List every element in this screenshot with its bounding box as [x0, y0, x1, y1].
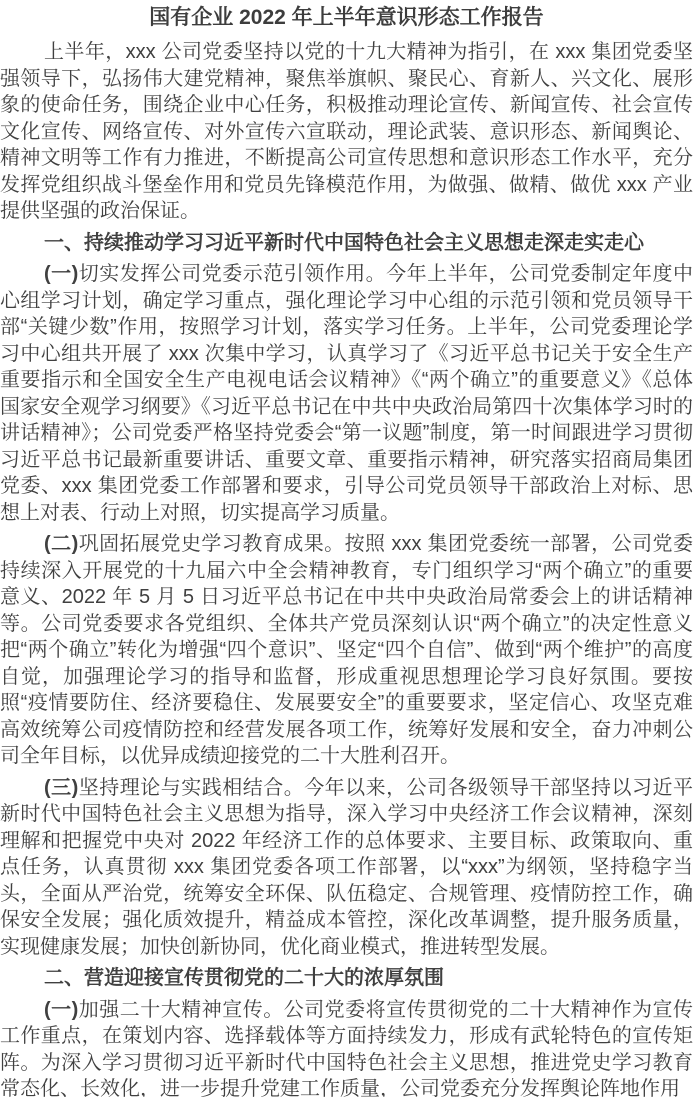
- section-1-item-2-text: 巩固拓展党史学习教育成果。按照 xxx 集团党委统一部署，公司党委持续深入开展党…: [0, 533, 693, 767]
- document-page: 国有企业 2022 年上半年意识形态工作报告 上半年，xxx 公司党委坚持以党的…: [0, 0, 693, 1097]
- section-1-heading: 一、持续推动学习习近平新时代中国特色社会主义思想走深走实走心: [0, 230, 693, 257]
- section-1-item-1: (一)切实发挥公司党委示范引领作用。今年上半年，公司党委制定年度中心组学习计划，…: [0, 261, 693, 526]
- item-marker-1-1: (一): [44, 263, 78, 285]
- section-1-item-1-text: 切实发挥公司党委示范引领作用。今年上半年，公司党委制定年度中心组学习计划，确定学…: [0, 263, 693, 524]
- item-marker-2-1: (一): [44, 999, 78, 1021]
- item-marker-1-2: (二): [44, 533, 78, 555]
- intro-paragraph: 上半年，xxx 公司党委坚持以党的十九大精神为指引，在 xxx 集团党委坚强领导…: [0, 39, 693, 225]
- section-2-item-1-text: 加强二十大精神宣传。公司党委将宣传贯彻党的二十大精神作为宣传工作重点，在策划内容…: [0, 999, 693, 1097]
- section-2-heading: 二、营造迎接宣传贯彻党的二十大的浓厚氛围: [0, 965, 693, 992]
- section-1-item-3-text: 坚持理论与实践相结合。今年以来，公司各级领导干部坚持以习近平新时代中国特色社会主…: [0, 777, 693, 958]
- section-2-item-1: (一)加强二十大精神宣传。公司党委将宣传贯彻党的二十大精神作为宣传工作重点，在策…: [0, 997, 693, 1097]
- item-marker-1-3: (三): [44, 777, 78, 799]
- section-1-item-3: (三)坚持理论与实践相结合。今年以来，公司各级领导干部坚持以习近平新时代中国特色…: [0, 775, 693, 961]
- section-1-item-2: (二)巩固拓展党史学习教育成果。按照 xxx 集团党委统一部署，公司党委持续深入…: [0, 531, 693, 770]
- document-title: 国有企业 2022 年上半年意识形态工作报告: [0, 5, 693, 31]
